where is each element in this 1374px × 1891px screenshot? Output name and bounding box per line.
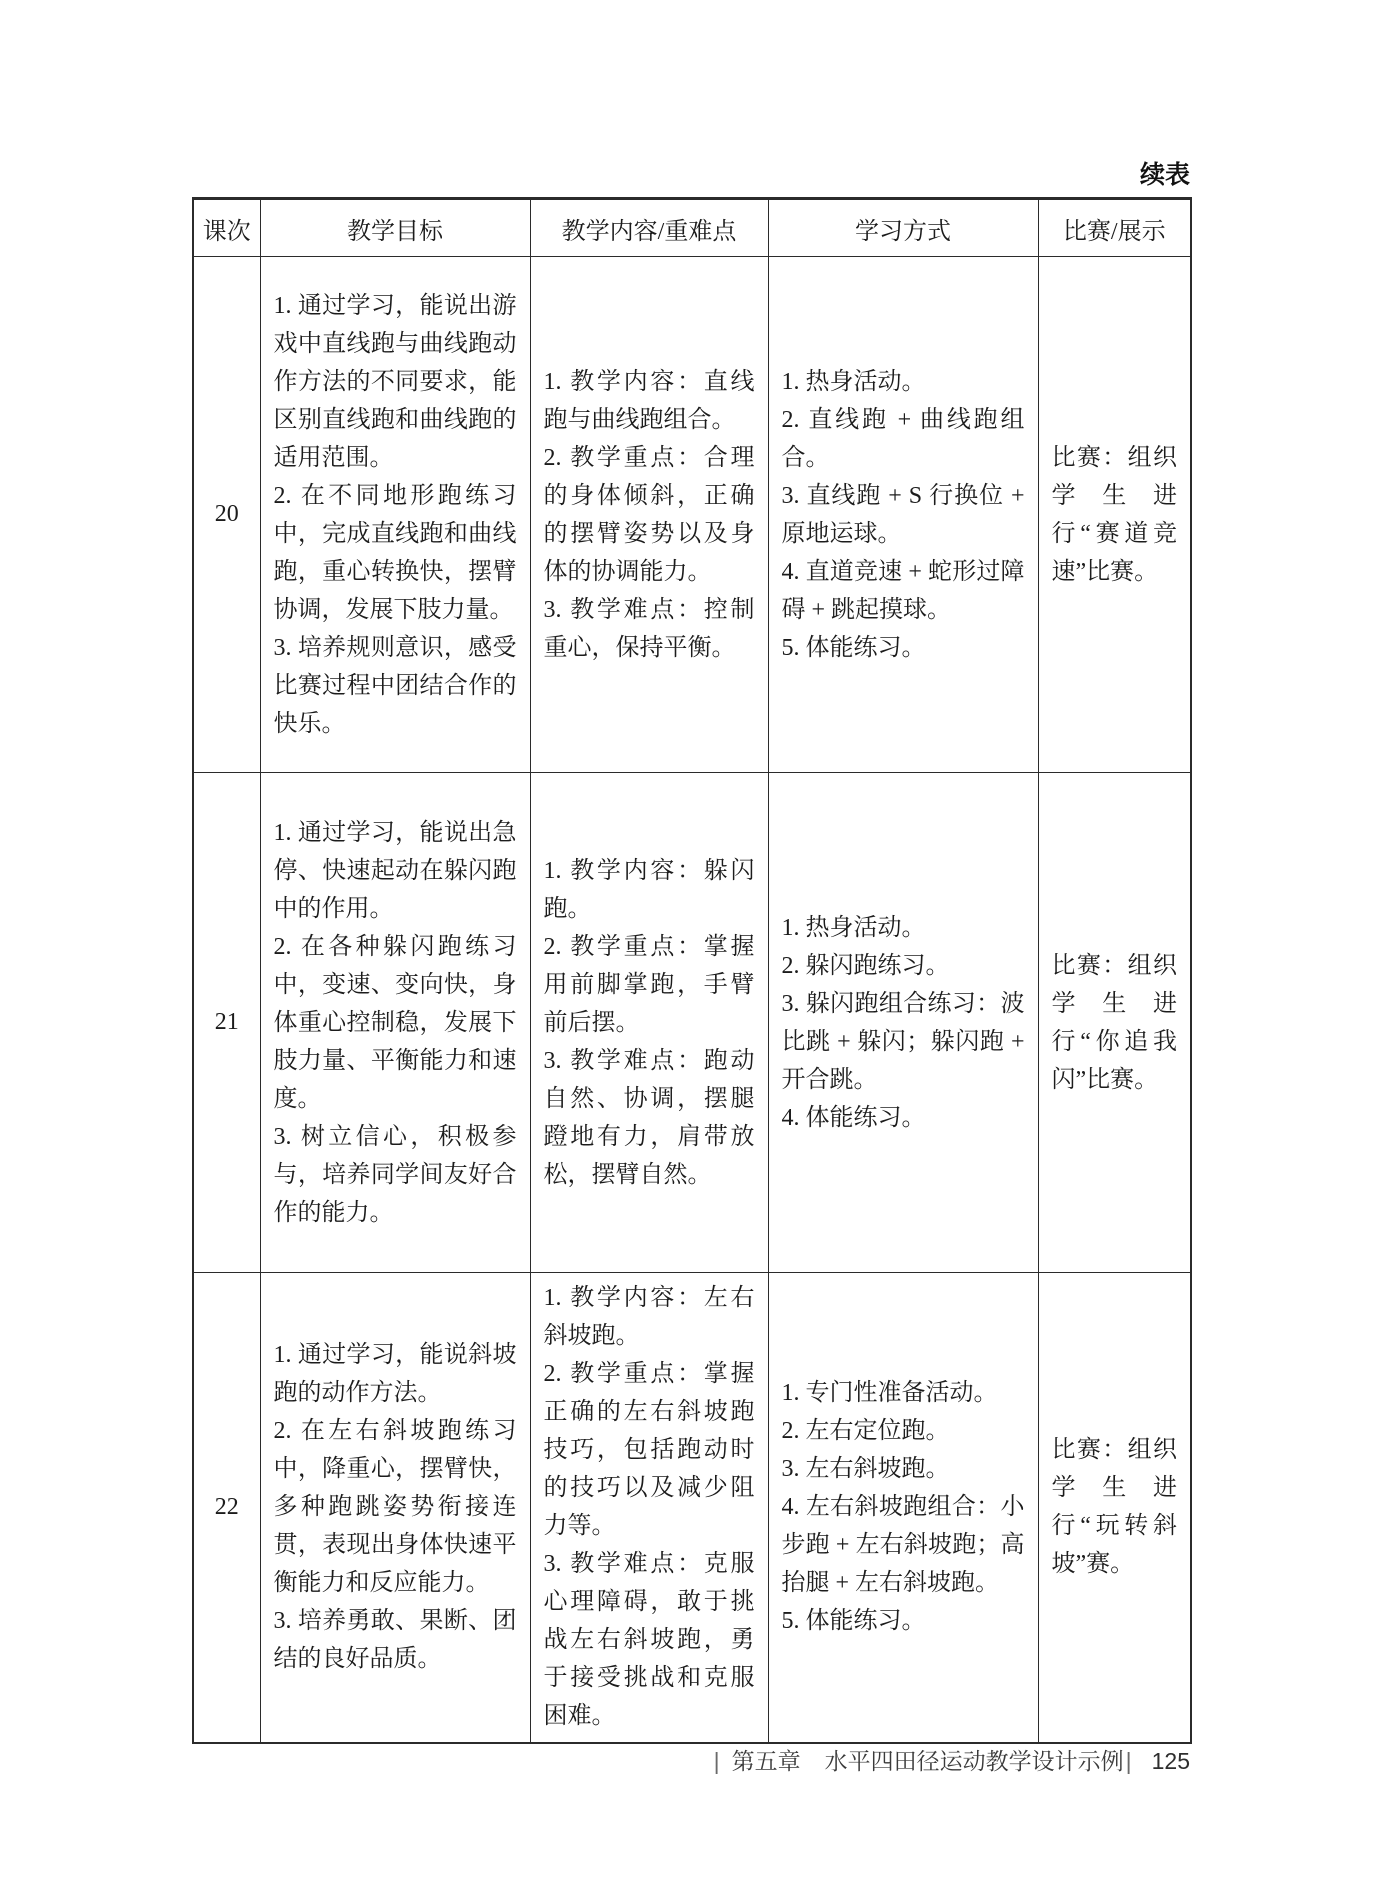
teaching-objectives-cell: 1. 通过学习，能说出游戏中直线跑与曲线跑动作方法的不同要求，能区别直线跑和曲线… xyxy=(260,257,530,773)
footer-separator: | xyxy=(1124,1748,1134,1774)
header-competition-display: 比赛/展示 xyxy=(1038,199,1191,257)
continued-table-label: 续表 xyxy=(1140,160,1190,190)
competition-cell: 比赛：组织学生进行“你追我闪”比赛。 xyxy=(1038,773,1191,1273)
page-footer: |第五章水平四田径运动教学设计示例|125 xyxy=(712,1746,1190,1776)
header-lesson-number: 课次 xyxy=(193,199,260,257)
footer-separator: | xyxy=(712,1748,722,1774)
learning-methods-cell: 1. 热身活动。 2. 躲闪跑练习。 3. 躲闪跑组合练习：波比跳 + 躲闪；躲… xyxy=(768,773,1038,1273)
document-page: 续表 课次 教学目标 教学内容/重难点 学习方式 比赛/展示 20 1. 通过学… xyxy=(0,0,1374,1891)
lesson-number: 20 xyxy=(193,257,260,773)
table-header-row: 课次 教学目标 教学内容/重难点 学习方式 比赛/展示 xyxy=(193,199,1191,257)
learning-methods-cell: 1. 专门性准备活动。 2. 左右定位跑。 3. 左右斜坡跑。 4. 左右斜坡跑… xyxy=(768,1273,1038,1743)
footer-chapter-label: 第五章 xyxy=(732,1748,801,1774)
lesson-plan-table: 课次 教学目标 教学内容/重难点 学习方式 比赛/展示 20 1. 通过学习，能… xyxy=(192,197,1192,1744)
header-teaching-content: 教学内容/重难点 xyxy=(530,199,768,257)
teaching-objectives-cell: 1. 通过学习，能说出急停、快速起动在躲闪跑中的作用。 2. 在各种躲闪跑练习中… xyxy=(260,773,530,1273)
header-teaching-objectives: 教学目标 xyxy=(260,199,530,257)
table-row-lesson-21: 21 1. 通过学习，能说出急停、快速起动在躲闪跑中的作用。 2. 在各种躲闪跑… xyxy=(193,773,1191,1273)
teaching-objectives-cell: 1. 通过学习，能说斜坡跑的动作方法。 2. 在左右斜坡跑练习中，降重心，摆臂快… xyxy=(260,1273,530,1743)
teaching-content-cell: 1. 教学内容：左右斜坡跑。 2. 教学重点：掌握正确的左右斜坡跑技巧，包括跑动… xyxy=(530,1273,768,1743)
table-row-lesson-20: 20 1. 通过学习，能说出游戏中直线跑与曲线跑动作方法的不同要求，能区别直线跑… xyxy=(193,257,1191,773)
table-row-lesson-22: 22 1. 通过学习，能说斜坡跑的动作方法。 2. 在左右斜坡跑练习中，降重心，… xyxy=(193,1273,1191,1743)
header-learning-methods: 学习方式 xyxy=(768,199,1038,257)
footer-chapter-title: 水平四田径运动教学设计示例 xyxy=(825,1748,1124,1774)
lesson-number: 22 xyxy=(193,1273,260,1743)
competition-cell: 比赛：组织学生进行“赛道竞速”比赛。 xyxy=(1038,257,1191,773)
learning-methods-cell: 1. 热身活动。 2. 直线跑 + 曲线跑组合。 3. 直线跑 + S 行换位 … xyxy=(768,257,1038,773)
teaching-content-cell: 1. 教学内容：躲闪跑。 2. 教学重点：掌握用前脚掌跑，手臂前后摆。 3. 教… xyxy=(530,773,768,1273)
competition-cell: 比赛：组织学生进行“玩转斜坡”赛。 xyxy=(1038,1273,1191,1743)
teaching-content-cell: 1. 教学内容：直线跑与曲线跑组合。 2. 教学重点：合理的身体倾斜，正确的摆臂… xyxy=(530,257,768,773)
footer-page-number: 125 xyxy=(1152,1748,1190,1774)
lesson-number: 21 xyxy=(193,773,260,1273)
